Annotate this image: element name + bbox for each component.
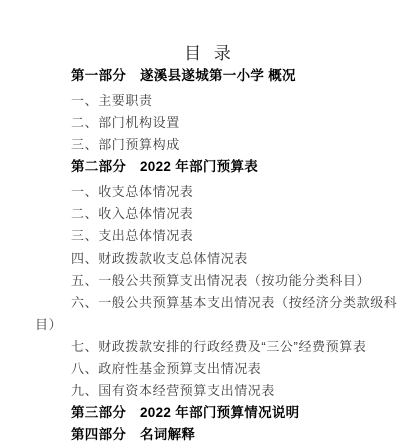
toc-item-fiscal-appropriation-overall: 四、财政拨款收支总体情况表 bbox=[71, 252, 248, 265]
toc-item-admin-three-public-expense: 七、财政拨款安排的行政经费及“三公”经费预算表 bbox=[71, 340, 366, 353]
toc-item-main-duties: 一、主要职责 bbox=[71, 94, 153, 107]
toc-item-public-budget-expense-functional: 五、一般公共预算支出情况表（按功能分类科目） bbox=[71, 274, 370, 287]
toc-item-income-overall: 二、收入总体情况表 bbox=[71, 207, 193, 220]
toc-part4-heading: 第四部分 名词解释 bbox=[71, 428, 195, 442]
toc-item-org-structure: 二、部门机构设置 bbox=[71, 116, 180, 129]
toc-item-government-fund-budget: 八、政府性基金预算支出情况表 bbox=[71, 362, 261, 375]
toc-title: 目 录 bbox=[0, 45, 416, 62]
toc-part2-heading: 第二部分 2022 年部门预算表 bbox=[71, 160, 258, 174]
toc-part1-heading: 第一部分 遂溪县遂城第一小学 概况 bbox=[71, 69, 296, 83]
toc-item-state-capital-budget: 九、国有资本经营预算支出情况表 bbox=[71, 384, 275, 397]
toc-item-income-expense-overall: 一、收支总体情况表 bbox=[71, 185, 193, 198]
toc-item-budget-composition: 三、部门预算构成 bbox=[71, 138, 180, 151]
toc-item-continuation: 目） bbox=[35, 318, 62, 331]
toc-part3-heading: 第三部分 2022 年部门预算情况说明 bbox=[71, 406, 299, 420]
toc-item-expense-overall: 三、支出总体情况表 bbox=[71, 229, 193, 242]
toc-item-public-budget-basic-expense-economic: 六、一般公共预算基本支出情况表（按经济分类款级科 bbox=[71, 296, 397, 309]
toc-page: 目 录 第一部分 遂溪县遂城第一小学 概况 一、主要职责 二、部门机构设置 三、… bbox=[0, 0, 416, 443]
